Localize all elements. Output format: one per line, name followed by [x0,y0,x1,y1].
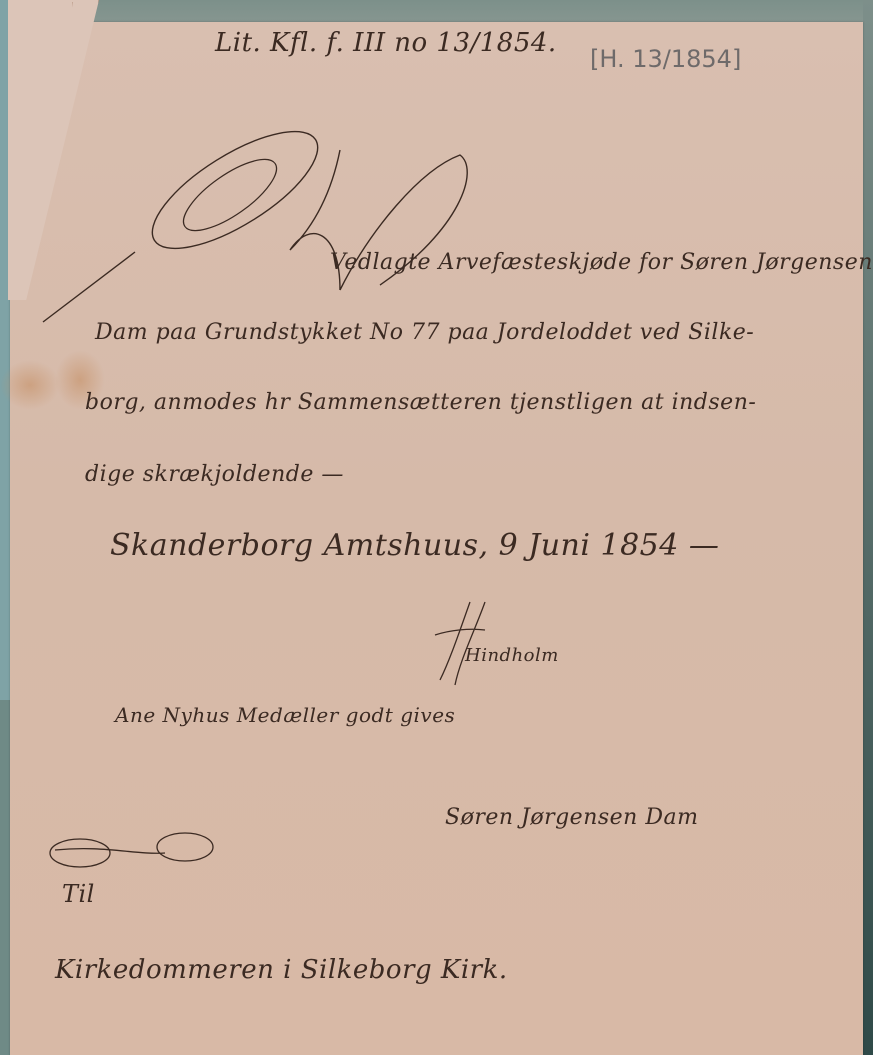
addressee-prefix: Til [62,880,95,908]
body-line-4: dige skrækjoldende — [85,462,344,487]
receipt-signature: Søren Jørgensen Dam [445,805,698,830]
body-line-3: borg, anmodes hr Sammensætteren tjenstli… [85,390,756,415]
header-reference: Lit. Kfl. f. III no 13/1854. [215,28,557,58]
body-line-2: Dam paa Grundstykket No 77 paa Jordelodd… [95,320,754,345]
backdrop-right [863,0,873,1055]
margin-stroke-icon [40,250,140,330]
place-date: Skanderborg Amtshuus, 9 Juni 1854 — [110,528,719,563]
water-stain [0,360,60,410]
addressee-flourish-icon [45,825,215,875]
body-line-1: Vedlagte Arvefæsteskjøde for Søren Jørge… [330,250,873,275]
receipt-note: Ane Nyhus Medæller godt gives [115,703,455,727]
addressee: Kirkedommeren i Silkeborg Kirk. [55,955,508,985]
archive-reference: [H. 13/1854] [590,45,741,73]
official-signature: Hindholm [465,645,559,666]
